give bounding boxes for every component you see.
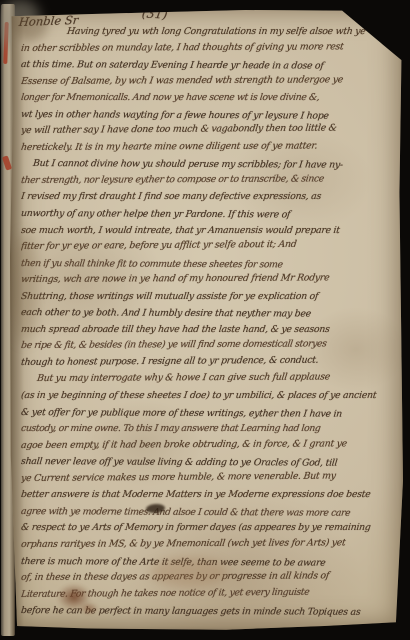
manuscript-line: agoe been empty, if it had been broke ob… (21, 436, 397, 455)
manuscript-line: ther strength, nor leysure eyther to com… (21, 171, 397, 190)
folio-page-number: (31) (141, 5, 169, 21)
manuscript-page: Honble Sr (31) Having tyred yu wth long … (10, 5, 403, 631)
red-margin-mark (2, 155, 12, 170)
manuscript-line: writings, wch are nowe in ye hand of my … (21, 270, 397, 289)
scan-background: Honble Sr (31) Having tyred yu wth long … (0, 0, 410, 640)
manuscript-line: Having tyred yu wth long Congratulations… (66, 24, 397, 41)
manuscript-line: Essense of Balsame, by wch I was mended … (21, 72, 397, 91)
manuscript-text-block: Having tyred yu wth long Congratulations… (21, 24, 397, 622)
manuscript-line: (as in ye beginning of these sheetes I d… (21, 388, 397, 405)
manuscript-line: Shuttring, those writings will mutually … (21, 289, 397, 306)
manuscript-line: before he can be perfect in many languag… (21, 603, 397, 622)
manuscript-line: better answere is that Moderne Matters i… (21, 487, 397, 504)
manuscript-line: Literature. For though he takes noe noti… (21, 584, 397, 603)
manuscript-line: custody, or mine owne. To this I may ans… (21, 421, 397, 438)
manuscript-line: fitter for yr eye or eare, before yu aff… (21, 236, 397, 255)
manuscript-line: heretickely. It is in my hearte mine own… (21, 138, 397, 157)
manuscript-line: ye will rather say I have done too much … (21, 120, 397, 139)
manuscript-line: orphans rarityes in MS, & by ye Mnemonic… (21, 535, 397, 554)
manuscript-line: But yu may interrogate why & howe I can … (36, 370, 397, 388)
manuscript-line: in other scribbles on munday late, I had… (21, 39, 397, 58)
manuscript-line: longer for Mnemonicalls. And now ye have… (21, 90, 397, 107)
manuscript-line: I revised my first draught I find soe ma… (21, 189, 397, 206)
manuscript-line: unworthy of any other helpe then yr Pard… (21, 206, 397, 225)
manuscript-line: ye Current service makes us more humble,… (21, 468, 397, 487)
